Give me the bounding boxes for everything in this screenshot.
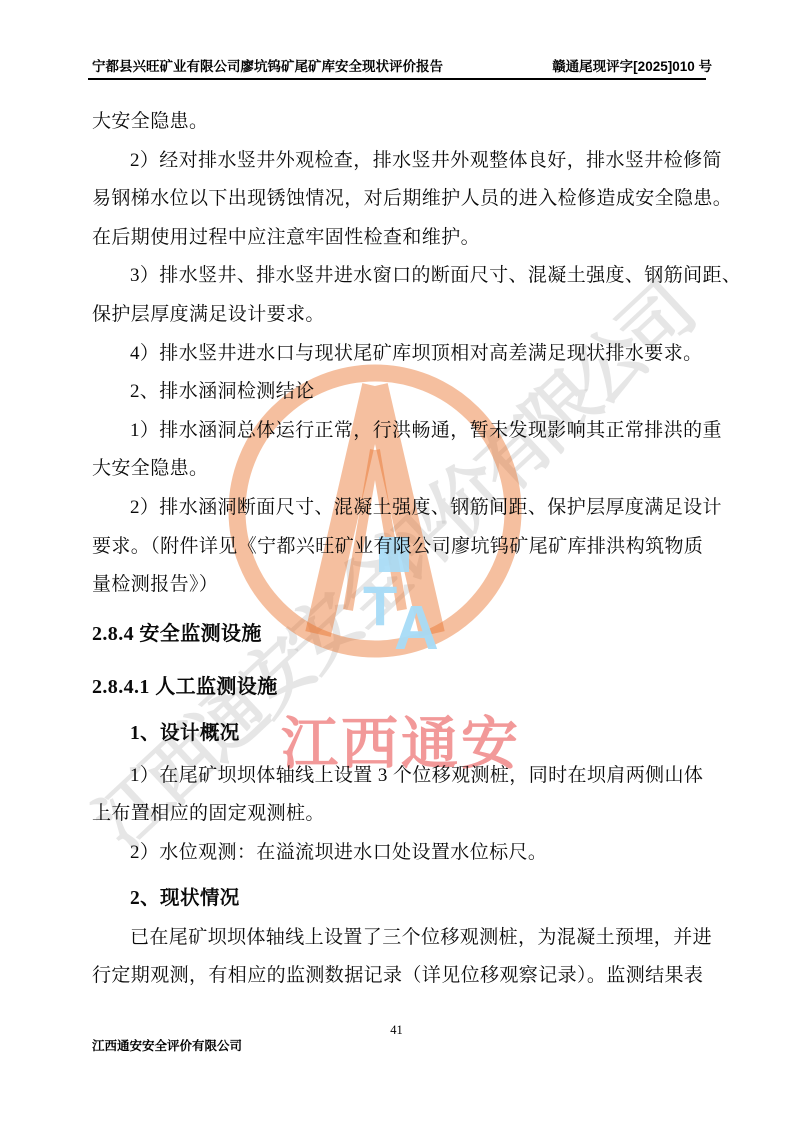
body-line: 上布置相应的固定观测桩。 <box>92 795 716 834</box>
sub-heading: 2、现状情况 <box>92 880 716 919</box>
body-line: 1）排水涵洞总体运行正常，行洪畅通，暂未发现影响其正常排洪的重 <box>92 412 716 451</box>
body-line: 2、排水涵洞检测结论 <box>92 373 716 412</box>
body-line: 大安全隐患。 <box>92 103 716 142</box>
body-line: 2）经对排水竖井外观检查，排水竖井外观整体良好，排水竖井检修简 <box>92 142 716 181</box>
body-line: 在后期使用过程中应注意牢固性检查和维护。 <box>92 219 716 258</box>
report-page: { "header": { "left_title": "宁都县兴旺矿业有限公司… <box>0 0 793 1122</box>
section-heading: 2.8.4.1 人工监测设施 <box>92 668 716 707</box>
document-body: 大安全隐患。 2）经对排水竖井外观检查，排水竖井外观整体良好，排水竖井检修简 易… <box>92 103 716 996</box>
page-header: 宁都县兴旺矿业有限公司廖坑钨矿尾矿库安全现状评价报告 赣通尾现评字[2025]0… <box>92 55 712 77</box>
sub-heading: 1、设计概况 <box>92 715 716 754</box>
body-line: 保护层厚度满足设计要求。 <box>92 296 716 335</box>
header-doc-number: 赣通尾现评字[2025]010 号 <box>552 55 712 75</box>
body-line: 易钢梯水位以下出现锈蚀情况，对后期维护人员的进入检修造成安全隐患。 <box>92 180 716 219</box>
header-report-title: 宁都县兴旺矿业有限公司廖坑钨矿尾矿库安全现状评价报告 <box>92 55 443 75</box>
body-line: 3）排水竖井、排水竖井进水窗口的断面尺寸、混凝土强度、钢筋间距、 <box>92 257 716 296</box>
body-line: 1）在尾矿坝坝体轴线上设置 3 个位移观测桩，同时在坝肩两侧山体 <box>92 757 716 796</box>
section-heading: 2.8.4 安全监测设施 <box>92 615 716 654</box>
body-line: 2）排水涵洞断面尺寸、混凝土强度、钢筋间距、保护层厚度满足设计 <box>92 489 716 528</box>
body-line: 已在尾矿坝坝体轴线上设置了三个位移观测桩，为混凝土预埋，并进 <box>92 919 716 958</box>
body-line: 4）排水竖井进水口与现状尾矿库坝顶相对高差满足现状排水要求。 <box>92 335 716 374</box>
header-divider <box>88 78 706 80</box>
body-line: 大安全隐患。 <box>92 450 716 489</box>
body-line: 量检测报告》） <box>92 566 716 605</box>
footer-company: 江西通安安全评价有限公司 <box>92 1036 242 1054</box>
body-line: 要求。（附件详见《宁都兴旺矿业有限公司廖坑钨矿尾矿库排洪构筑物质 <box>92 528 716 567</box>
body-line: 行定期观测，有相应的监测数据记录（详见位移观察记录）。监测结果表 <box>92 957 716 996</box>
body-line: 2）水位观测：在溢流坝进水口处设置水位标尺。 <box>92 834 716 873</box>
